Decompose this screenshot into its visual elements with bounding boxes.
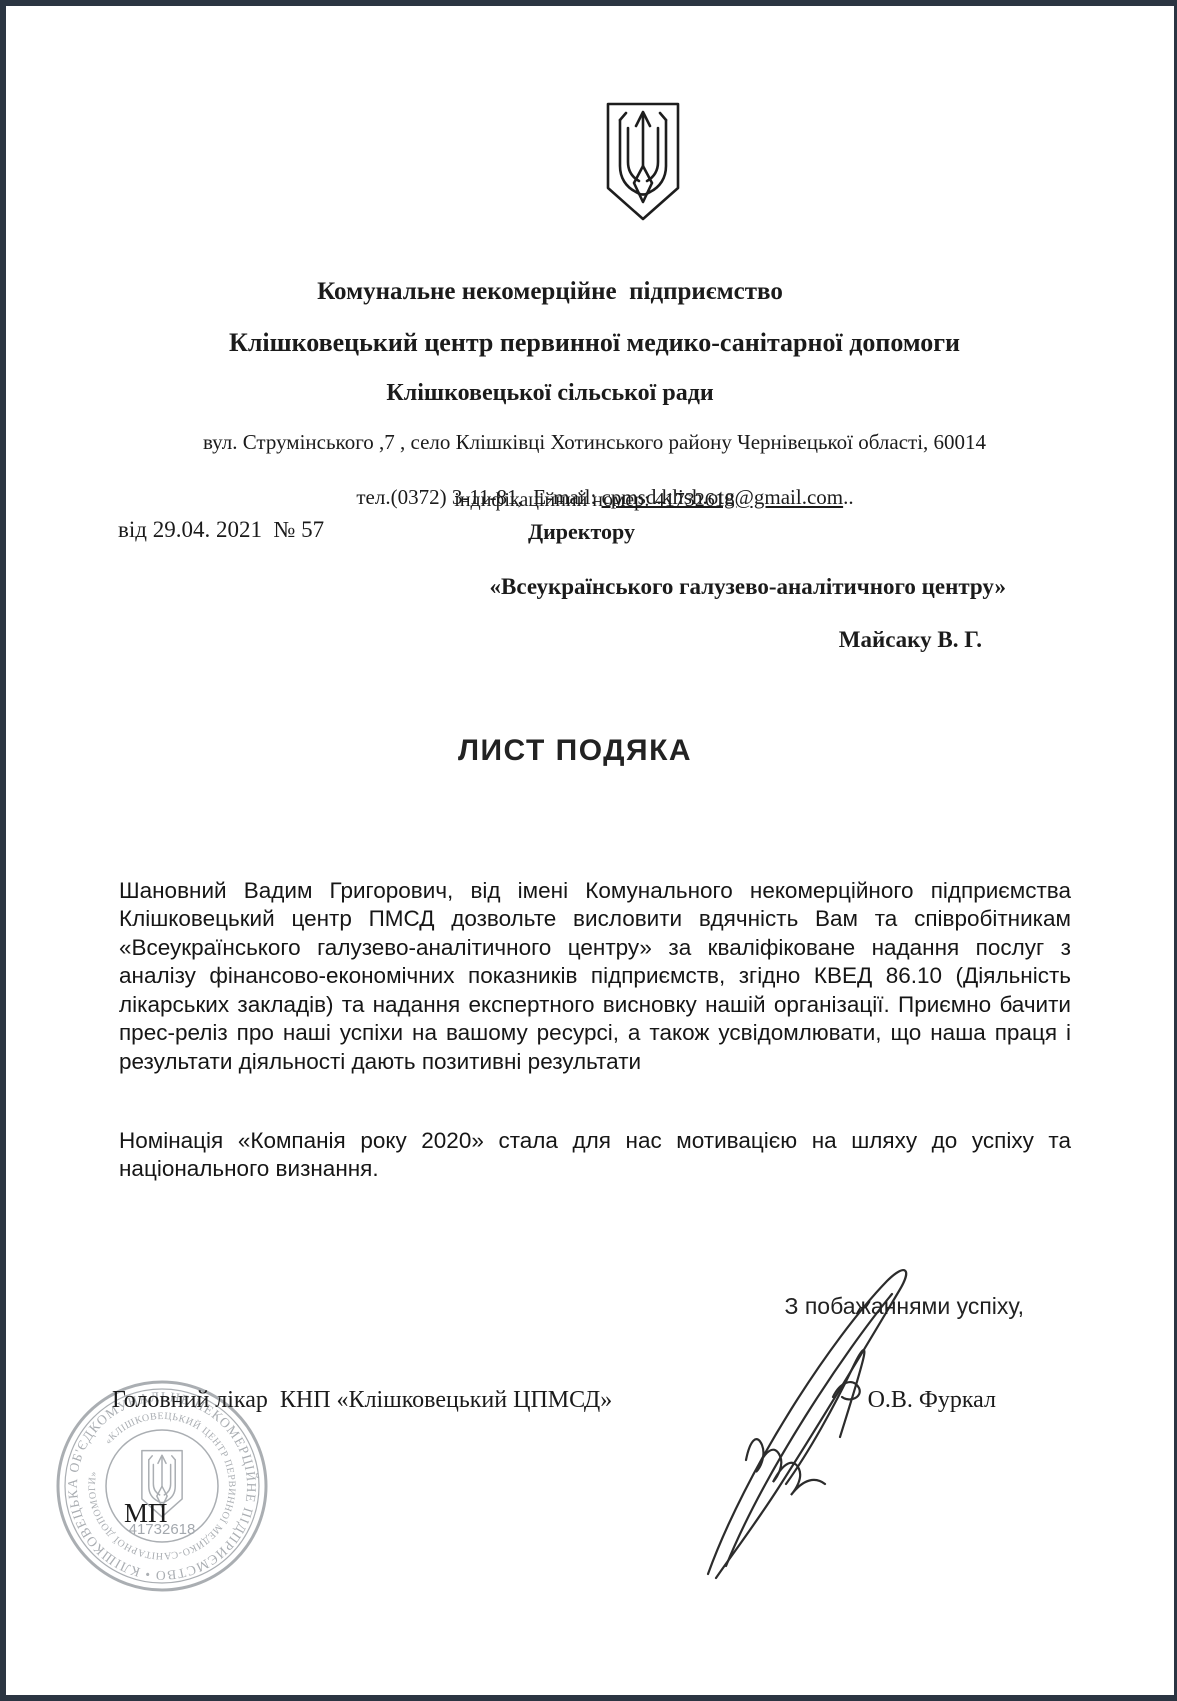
signer-name: О.В. Фуркал [868,1387,996,1414]
identification-number-line: індифікаційний номер: 41732618 [6,489,1177,512]
letterhead-org-council: Клішковецької сільської ради [50,380,1050,407]
seal-placeholder-mark: МП [124,1498,168,1529]
letterhead-org-name: Клішковецький центр первинної медико-сан… [6,328,1177,358]
ukraine-trident-emblem [603,99,683,225]
letter-title: ЛИСТ ПОДЯКА [30,734,1120,768]
addressee-name: Майсаку В. Г. [839,627,982,653]
outgoing-date-and-number: від 29.04. 2021 № 57 [118,517,324,543]
body-paragraph-1: Шановний Вадим Григорович, від імені Ком… [119,877,1071,1077]
letterhead-address: вул. Струмінського ,7 , село Клішківці Х… [6,430,1177,455]
body-paragraph-2: Номінація «Компанія року 2020» стала для… [119,1127,1071,1184]
closing-phrase: З побажаннями успіху, [785,1293,1024,1320]
letterhead-org-type: Комунальне некомерційне підприємство [50,278,1050,306]
handwritten-signature [666,1154,936,1594]
signer-role: Головний лікар КНП «Клішковецький ЦПМСД» [112,1387,612,1414]
scanned-letter-page: Комунальне некомерційне підприємство Клі… [0,0,1177,1701]
addressee-organization: «Всеукраїнського галузево-аналітичного ц… [489,574,1006,600]
addressee-role: Директору [528,519,635,545]
